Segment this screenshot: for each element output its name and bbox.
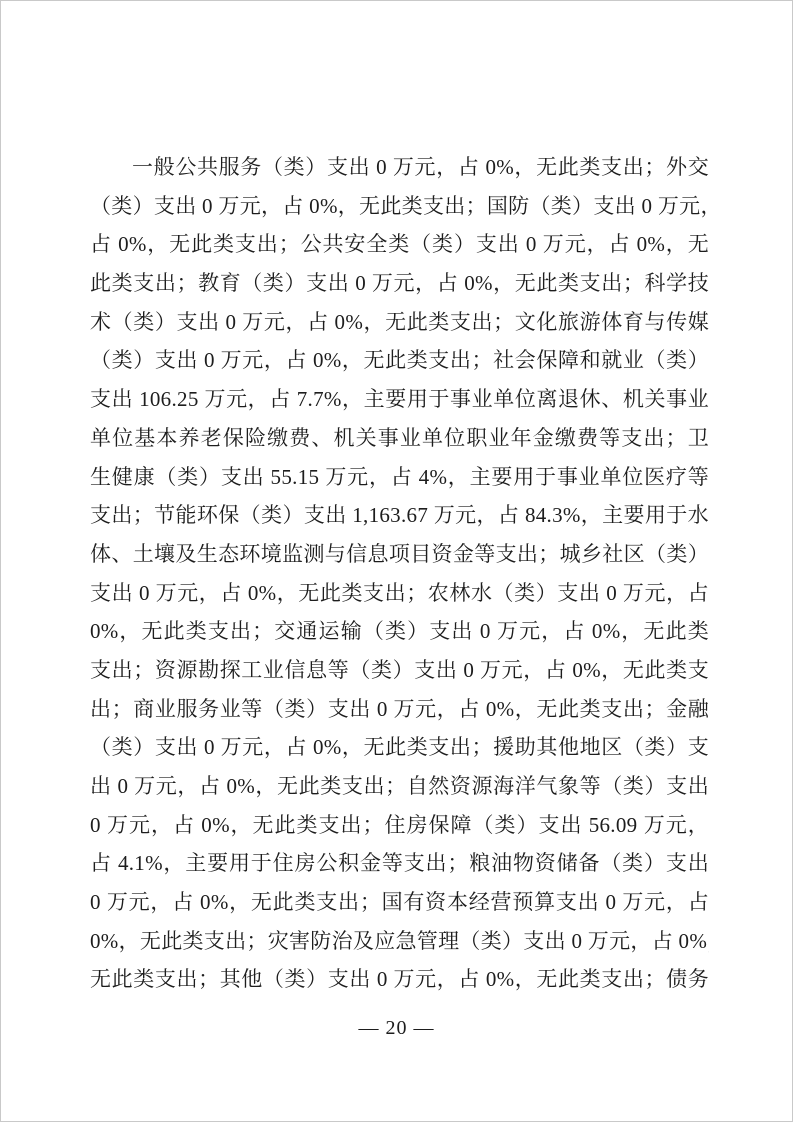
page-number: — 20 — (1, 1013, 792, 1043)
paragraph-line: 生健康（类）支出 55.15 万元，占 4%，主要用于事业单位医疗等 (90, 458, 709, 497)
paragraph-line: 支出；资源勘探工业信息等（类）支出 0 万元，占 0%，无此类支 (90, 651, 709, 690)
paragraph-line: 0%，无此类支出；灾害防治及应急管理（类）支出 0 万元，占 0%， (90, 922, 709, 961)
paragraph-line: （类）支出 0 万元，占 0%，无此类支出；社会保障和就业（类） (90, 341, 709, 380)
paragraph-line: 0%，无此类支出；交通运输（类）支出 0 万元，占 0%，无此类 (90, 612, 709, 651)
paragraph-line: 无此类支出；其他（类）支出 0 万元，占 0%，无此类支出；债务 (90, 960, 709, 999)
paragraph-line: 术（类）支出 0 万元，占 0%，无此类支出；文化旅游体育与传媒 (90, 303, 709, 342)
paragraph-line: 一般公共服务（类）支出 0 万元，占 0%，无此类支出；外交 (90, 148, 709, 187)
paragraph-line: 出 0 万元，占 0%，无此类支出；自然资源海洋气象等（类）支出 (90, 767, 709, 806)
body-paragraph: 一般公共服务（类）支出 0 万元，占 0%，无此类支出；外交 （类）支出 0 万… (90, 148, 709, 999)
document-page: 一般公共服务（类）支出 0 万元，占 0%，无此类支出；外交 （类）支出 0 万… (0, 0, 793, 1122)
paragraph-line: 占 0%，无此类支出；公共安全类（类）支出 0 万元，占 0%，无 (90, 225, 709, 264)
paragraph-line: 支出 0 万元，占 0%，无此类支出；农林水（类）支出 0 万元，占 (90, 574, 709, 613)
paragraph-line: 体、土壤及生态环境监测与信息项目资金等支出；城乡社区（类） (90, 535, 709, 574)
paragraph-line: （类）支出 0 万元，占 0%，无此类支出；国防（类）支出 0 万元， (90, 187, 709, 226)
paragraph-line: 0 万元，占 0%，无此类支出；住房保障（类）支出 56.09 万元， (90, 806, 709, 845)
paragraph-line: 此类支出；教育（类）支出 0 万元，占 0%，无此类支出；科学技 (90, 264, 709, 303)
paragraph-line: 单位基本养老保险缴费、机关事业单位职业年金缴费等支出；卫 (90, 419, 709, 458)
paragraph-line: 支出；节能环保（类）支出 1,163.67 万元，占 84.3%，主要用于水 (90, 496, 709, 535)
paragraph-line: 出；商业服务业等（类）支出 0 万元，占 0%，无此类支出；金融 (90, 690, 709, 729)
paragraph-line: 支出 106.25 万元，占 7.7%，主要用于事业单位离退休、机关事业 (90, 380, 709, 419)
paragraph-line: 占 4.1%，主要用于住房公积金等支出；粮油物资储备（类）支出 (90, 844, 709, 883)
paragraph-line: 0 万元，占 0%，无此类支出；国有资本经营预算支出 0 万元，占 (90, 883, 709, 922)
paragraph-line: （类）支出 0 万元，占 0%，无此类支出；援助其他地区（类）支 (90, 728, 709, 767)
